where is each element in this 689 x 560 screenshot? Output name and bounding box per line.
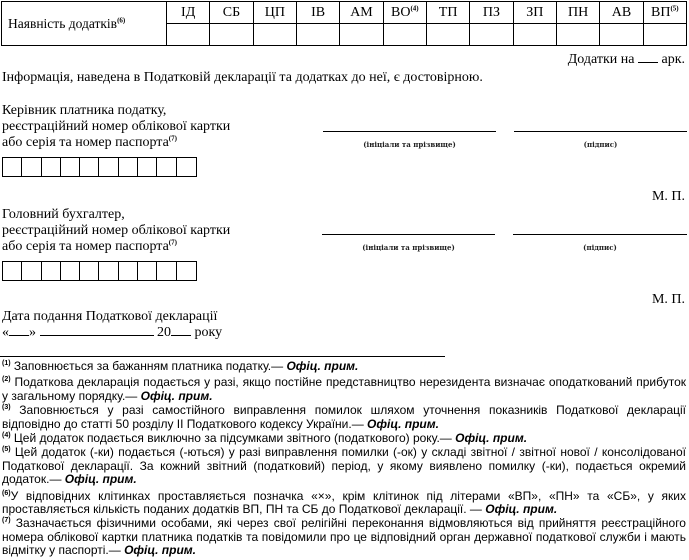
annex-value-cell-am[interactable] <box>340 24 383 46</box>
annex-label-cell: Наявність додатків(6) <box>2 2 167 46</box>
annex-value-cell-iv[interactable] <box>296 24 339 46</box>
footnote-1: (1) Заповнюється за бажанням платника по… <box>2 360 686 373</box>
head-label: Керівник платника податку, реєстраційний… <box>2 103 230 151</box>
footnote-2: (2) Податкова декларація подається у раз… <box>2 376 686 403</box>
id-cell[interactable] <box>22 158 41 176</box>
head-stamp-place: М. П. <box>652 189 685 205</box>
id-cell[interactable] <box>138 262 157 280</box>
annex-value-cell-sb[interactable] <box>210 24 253 46</box>
head-name-caption: (ініціали та прізвище) <box>323 140 496 149</box>
annex-value-cell-tsp[interactable] <box>253 24 296 46</box>
annex-col-header: ВП(5) <box>643 2 686 24</box>
id-cell[interactable] <box>80 158 99 176</box>
annex-col-header: ЗП <box>513 2 556 24</box>
annex-value-cell-id[interactable] <box>167 24 210 46</box>
footnote-6: (6)У відповідних клітинках проставляєтьс… <box>2 490 686 517</box>
footnotes: (1) Заповнюється за бажанням платника по… <box>2 360 686 559</box>
attachments-count-line: Додатки на арк. <box>568 52 685 68</box>
annex-col-header: СБ <box>210 2 253 24</box>
accountant-label: Головний бухгалтер, реєстраційний номер … <box>2 207 230 255</box>
id-cell[interactable] <box>42 262 61 280</box>
id-cell[interactable] <box>22 262 41 280</box>
submission-day-field[interactable] <box>9 325 29 336</box>
footnote-3: (3) Заповнюється у разі самостійного вип… <box>2 404 686 431</box>
id-cell[interactable] <box>99 262 118 280</box>
id-cell[interactable] <box>99 158 118 176</box>
annex-value-cell-pn[interactable] <box>556 24 599 46</box>
id-cell[interactable] <box>42 158 61 176</box>
accountant-name-field[interactable] <box>322 234 495 235</box>
submission-date-line: «» 20 року <box>2 325 222 341</box>
annex-label: Наявність додатків <box>8 16 117 31</box>
submission-date-label: Дата подання Податкової декларації <box>2 309 217 325</box>
annex-col-header: ЦП <box>253 2 296 24</box>
annex-value-cell-pz[interactable] <box>470 24 513 46</box>
accountant-id-number-grid[interactable] <box>2 261 197 281</box>
accountant-signature-field[interactable] <box>513 234 687 235</box>
annex-col-header: АВ <box>600 2 643 24</box>
id-cell[interactable] <box>157 262 176 280</box>
id-cell[interactable] <box>61 158 80 176</box>
id-cell[interactable] <box>138 158 157 176</box>
annex-col-header: ПН <box>556 2 599 24</box>
annex-value-cell-zp[interactable] <box>513 24 556 46</box>
submission-year-field[interactable] <box>171 325 191 336</box>
head-signature-field[interactable] <box>514 131 687 132</box>
annex-value-cell-vp[interactable] <box>643 24 686 46</box>
footnote-5: (5) Цей додаток (-ки) подається (-ються)… <box>2 446 686 486</box>
accountant-name-caption: (ініціали та прізвище) <box>322 243 495 252</box>
head-id-number-grid[interactable] <box>2 157 197 177</box>
id-cell[interactable] <box>61 262 80 280</box>
attachments-sheets-field[interactable] <box>638 52 658 63</box>
id-cell[interactable] <box>157 158 176 176</box>
submission-month-field[interactable] <box>40 325 154 336</box>
id-cell[interactable] <box>177 262 196 280</box>
annex-value-cell-tp[interactable] <box>426 24 469 46</box>
footnote-7: (7) Зазначається фізичними особами, які … <box>2 517 686 557</box>
id-cell[interactable] <box>119 262 138 280</box>
annex-col-header: ТП <box>426 2 469 24</box>
annex-presence-table: Наявність додатків(6) ІД СБ ЦП ІВ АМ ВО(… <box>1 1 687 46</box>
id-cell[interactable] <box>3 262 22 280</box>
id-cell[interactable] <box>119 158 138 176</box>
annex-value-cell-vo[interactable] <box>383 24 426 46</box>
accountant-stamp-place: М. П. <box>652 292 685 308</box>
annex-col-header: АМ <box>340 2 383 24</box>
footnotes-divider <box>0 356 445 357</box>
annex-col-header: ІВ <box>296 2 339 24</box>
id-cell[interactable] <box>3 158 22 176</box>
reliability-statement: Інформація, наведена в Податковій деклар… <box>2 70 483 86</box>
annex-col-header: ПЗ <box>470 2 513 24</box>
id-cell[interactable] <box>177 158 196 176</box>
head-signature-caption: (підпис) <box>514 140 687 149</box>
footnote-4: (4) Цей додаток подається виключно за пі… <box>2 432 686 445</box>
head-name-field[interactable] <box>323 131 496 132</box>
id-cell[interactable] <box>80 262 99 280</box>
footnote-ref: (6) <box>117 16 125 24</box>
annex-header-row: Наявність додатків(6) ІД СБ ЦП ІВ АМ ВО(… <box>2 2 687 24</box>
annex-col-header: ІД <box>167 2 210 24</box>
accountant-signature-caption: (підпис) <box>513 243 687 252</box>
annex-value-cell-av[interactable] <box>600 24 643 46</box>
annex-col-header: ВО(4) <box>383 2 426 24</box>
